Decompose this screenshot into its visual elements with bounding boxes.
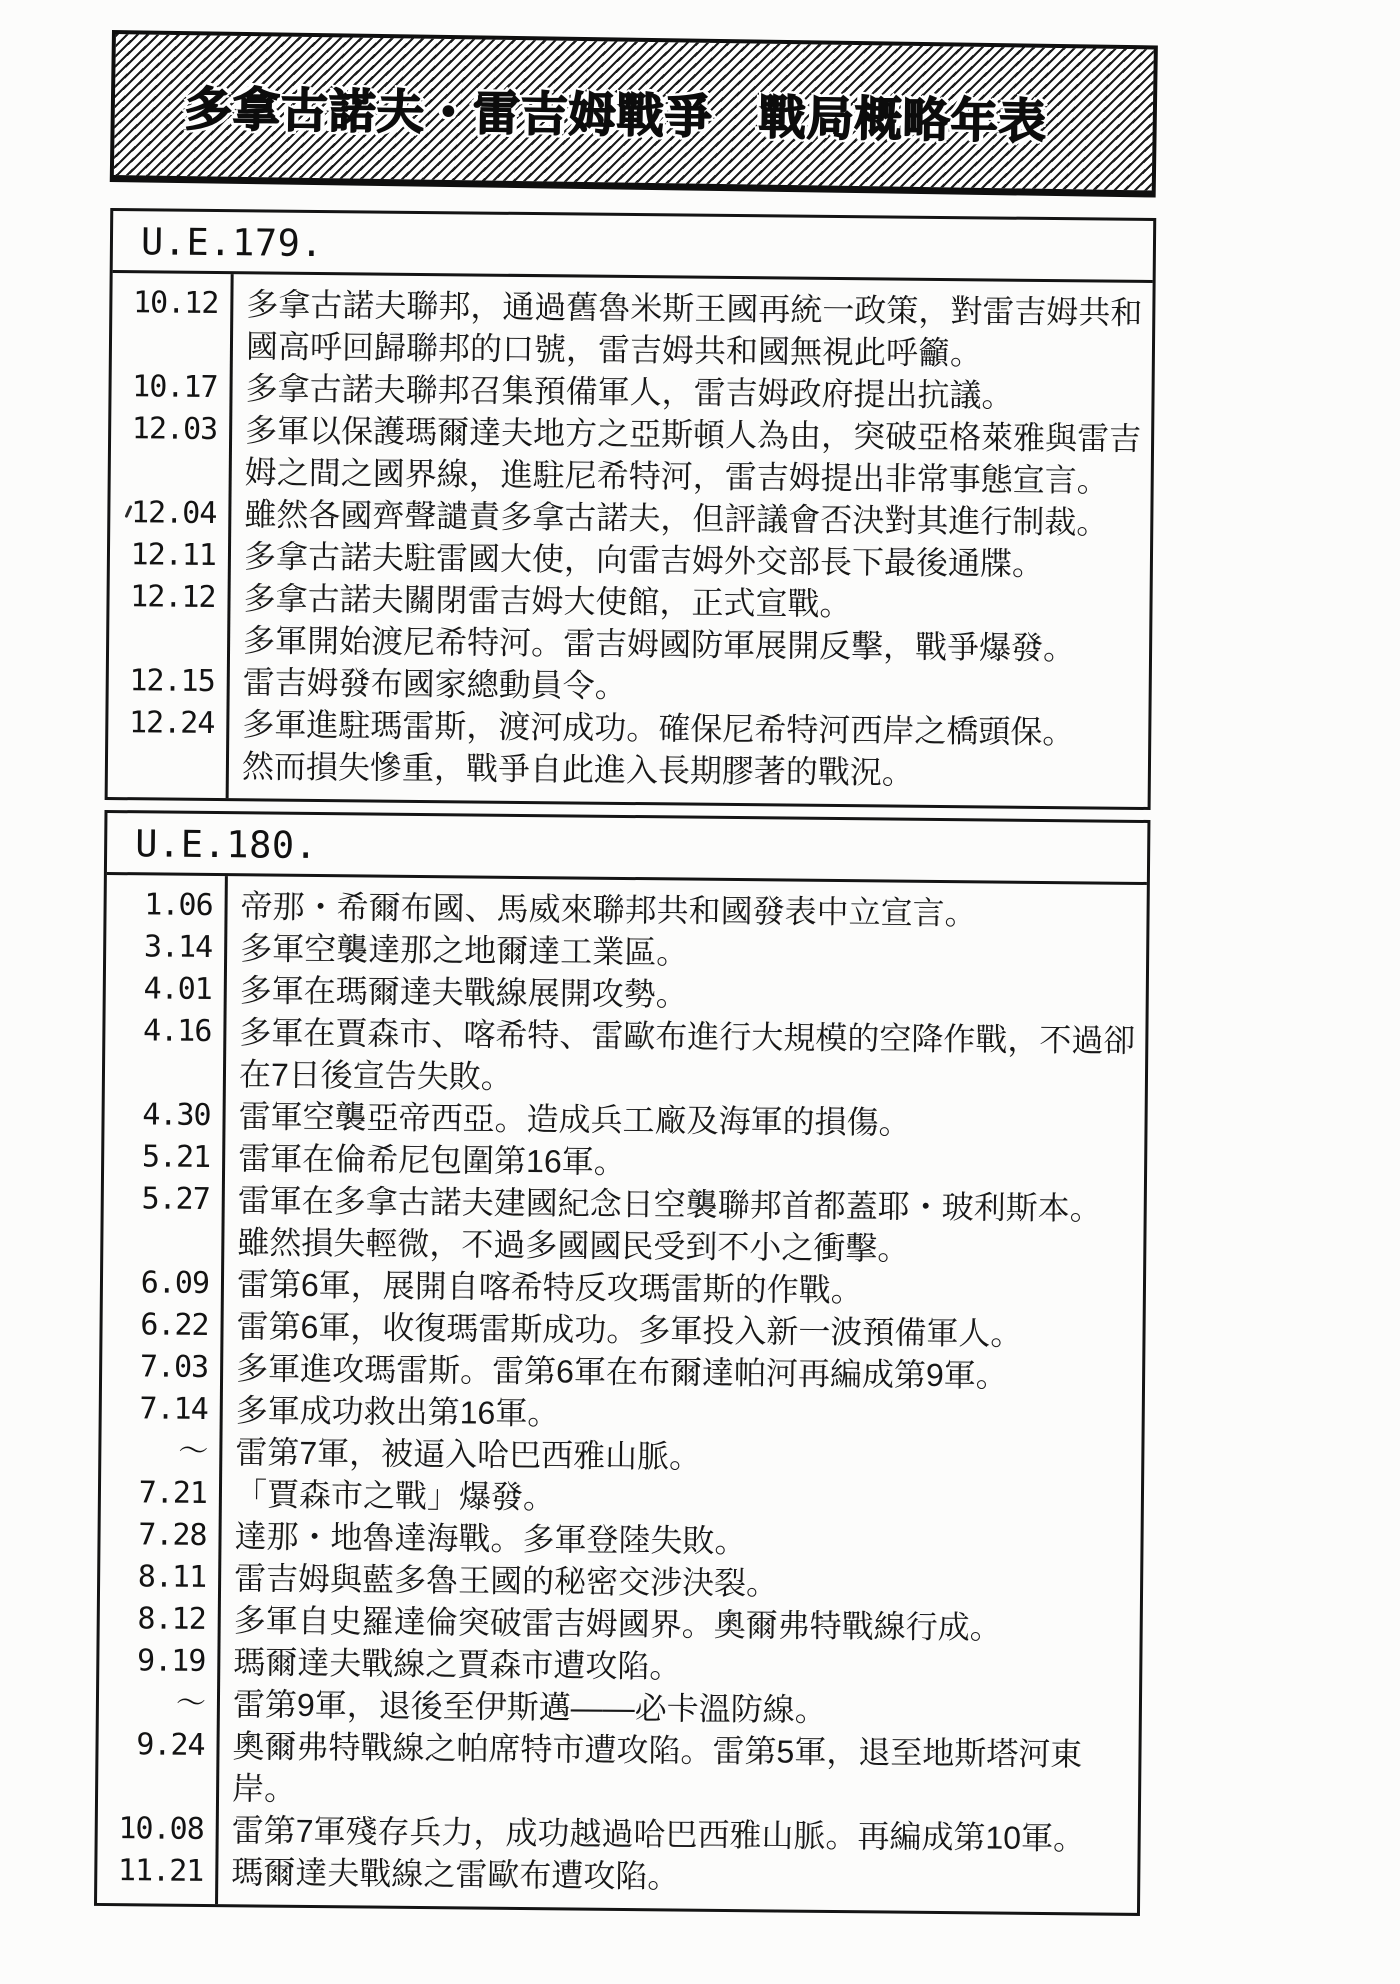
table-row: 9.24 奧爾弗特戰線之帕席特市遭攻陷。雷第5軍，退至地斯塔河東岸。: [98, 1724, 1139, 1818]
row-date: 10.12: [112, 282, 230, 325]
era-section: U.E.179. 10.12 多拿古諾夫聯邦，通過舊魯米斯王國再統一政策，對雷吉…: [105, 208, 1157, 810]
row-text: 多軍以保護瑪爾達夫地方之亞斯頓人為由，突破亞格萊雅與雷吉姆之間之國界線，進駐尼希…: [229, 409, 1152, 502]
row-date: 10.08: [98, 1808, 216, 1851]
table-row: 4.16 多軍在賈森市、喀希特、雷歐布進行大規模的空降作戰，不過卻在7日後宣告失…: [105, 1010, 1146, 1104]
row-text: 奧爾弗特戰線之帕席特市遭攻陷。雷第5軍，退至地斯塔河東岸。: [216, 1725, 1139, 1818]
page-content: 多拿古諾夫・雷吉姆戰爭 戰局概略年表 U.E.179. 10.12 多拿古諾夫聯…: [94, 30, 1158, 1926]
row-text: 瑪爾達夫戰線之雷歐布遭攻陷。: [215, 1851, 1137, 1902]
row-date: 7.14: [102, 1388, 220, 1431]
row-date: 12.04: [110, 492, 228, 535]
row-date: ～: [99, 1682, 217, 1725]
table-row: 12.12 多拿古諾夫關閉雷吉姆大使館，正式宣戰。 多軍開始渡尼希特河。雷吉姆國…: [109, 576, 1150, 670]
row-date: 7.28: [100, 1514, 218, 1557]
row-date: 7.21: [101, 1472, 219, 1515]
row-text: 多拿古諾夫聯邦，通過舊魯米斯王國再統一政策，對雷吉姆共和國高呼回歸聯邦的口號，雷…: [230, 283, 1153, 376]
row-date: 3.14: [106, 926, 224, 969]
row-date: 9.24: [98, 1724, 216, 1767]
row-date: 8.11: [100, 1556, 218, 1599]
page-title-war-name: 多拿古諾夫・雷吉姆戰爭: [184, 72, 713, 147]
section-body: 1.06 帝那・希爾布國、馬威來聯邦共和國發表中立宣言。 3.14 多軍空襲達那…: [97, 875, 1147, 1913]
table-row: 11.21 瑪爾達夫戰線之雷歐布遭攻陷。: [97, 1850, 1137, 1902]
row-text: 雷軍在多拿古諾夫建國紀念日空襲聯邦首都蓋耶・玻利斯本。 雖然損失輕微，不過多國國…: [221, 1179, 1144, 1272]
row-text: 多軍在賈森市、喀希特、雷歐布進行大規模的空降作戰，不過卻在7日後宣告失敗。: [223, 1011, 1146, 1104]
row-date: 12.12: [109, 576, 227, 619]
row-date: 12.11: [110, 534, 228, 577]
row-date: ～: [101, 1430, 219, 1473]
row-text: 多軍進駐瑪雷斯，渡河成功。確保尼希特河西岸之橋頭保。 然而損失慘重，戰爭自此進入…: [226, 703, 1149, 796]
row-date: 1.06: [106, 884, 224, 927]
row-date: 5.27: [104, 1178, 222, 1221]
era-label: U.E.179.: [113, 211, 1154, 283]
table-row: 12.24 多軍進駐瑪雷斯，渡河成功。確保尼希特河西岸之橋頭保。 然而損失慘重，…: [108, 702, 1149, 796]
row-date: 8.12: [100, 1598, 218, 1641]
row-text: 多拿古諾夫關閉雷吉姆大使館，正式宣戰。 多軍開始渡尼希特河。雷吉姆國防軍展開反擊…: [227, 577, 1150, 670]
row-date: 9.19: [99, 1640, 217, 1683]
row-date: 4.01: [106, 968, 224, 1011]
section-body: 10.12 多拿古諾夫聯邦，通過舊魯米斯王國再統一政策，對雷吉姆共和國高呼回歸聯…: [108, 273, 1153, 807]
row-date: 6.09: [103, 1262, 221, 1305]
era-section: U.E.180. 1.06 帝那・希爾布國、馬威來聯邦共和國發表中立宣言。 3.…: [94, 810, 1150, 1916]
row-date: 4.30: [104, 1094, 222, 1137]
table-row: 10.12 多拿古諾夫聯邦，通過舊魯米斯王國再統一政策，對雷吉姆共和國高呼回歸聯…: [112, 282, 1153, 376]
table-row: 5.27 雷軍在多拿古諾夫建國紀念日空襲聯邦首都蓋耶・玻利斯本。 雖然損失輕微，…: [103, 1178, 1144, 1272]
title-banner: 多拿古諾夫・雷吉姆戰爭 戰局概略年表: [110, 30, 1158, 198]
row-date: 4.16: [105, 1010, 223, 1053]
row-date: 6.22: [102, 1304, 220, 1347]
table-row: 12.03 多軍以保護瑪爾達夫地方之亞斯頓人為由，突破亞格萊雅與雷吉姆之間之國界…: [111, 408, 1152, 502]
row-date: 12.24: [108, 702, 226, 745]
row-date: 12.15: [109, 660, 227, 703]
row-date: 5.21: [104, 1136, 222, 1179]
row-date: 7.03: [102, 1346, 220, 1389]
sections: U.E.179. 10.12 多拿古諾夫聯邦，通過舊魯米斯王國再統一政策，對雷吉…: [94, 208, 1156, 1916]
row-date: 12.03: [111, 408, 229, 451]
page-title-chronology: 戰局概略年表: [758, 81, 1047, 152]
scanned-page: 多拿古諾夫・雷吉姆戰爭 戰局概略年表 U.E.179. 10.12 多拿古諾夫聯…: [0, 0, 1400, 1984]
row-date: 10.17: [111, 366, 229, 409]
row-date: 11.21: [97, 1850, 215, 1893]
era-label: U.E.180.: [107, 813, 1148, 885]
